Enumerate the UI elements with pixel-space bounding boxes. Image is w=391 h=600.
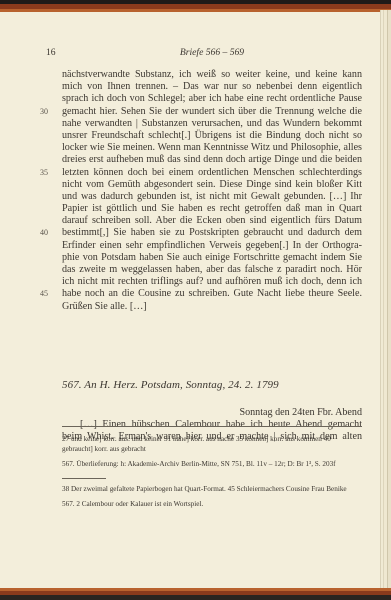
letter-566-text: nächstverwandte Substanz, ich weiß so we… [62, 69, 362, 313]
running-title: Briefe 566 – 569 [62, 47, 362, 59]
text-line: das zweite m weggelassen haben, aber das… [62, 264, 362, 276]
variant-notes: 27 und keine] korr. aus. und keiner 31 n… [62, 435, 362, 454]
commentary-566: 38 Der zweimal gefaltete Papierbogen hat… [62, 485, 362, 495]
text-line: ich nicht mit rechten triflings auf? und… [62, 276, 362, 288]
line-number: 40 [40, 227, 48, 239]
text-line: nahe verwandten | Substanzen verursachen… [62, 118, 362, 130]
text-line: habe noch an die Cousine zu schreiben. G… [62, 288, 362, 300]
critical-apparatus: 27 und keine] korr. aus. und keiner 31 n… [62, 426, 362, 516]
text-line: letzten können doch bei einem ordentlich… [62, 167, 362, 179]
running-head: 16 Briefe 566 – 569 [62, 47, 362, 61]
text-line: Papier ist göttlich und Sie haben es rec… [62, 203, 362, 215]
letter-567-heading: 567. An H. Herz. Potsdam, Sonntag, 24. 2… [62, 379, 362, 391]
text-line: dreies erst aufheben muß das sind denn d… [62, 154, 362, 166]
page-content: 16 Briefe 566 – 569 nächstverwandte Subs… [62, 47, 362, 444]
text-line: und was dadurch gebunden ist, ist nicht … [62, 191, 362, 203]
transmission-note: 567. Überlieferung: h: Akademie-Archiv B… [62, 460, 362, 470]
text-line: Erfinder einen sehr empfindlichen Verwei… [62, 240, 362, 252]
page-number: 16 [46, 47, 56, 59]
footnote-divider [62, 478, 106, 479]
text-line: locker wie Sie meinen. Wenn man Kenntnis… [62, 142, 362, 154]
text-line: nächstverwandte Substanz, ich weiß so we… [62, 69, 362, 81]
text-line: darauf schreiben soll. Aber die Ecken ob… [62, 215, 362, 227]
text-line: Grüßen Sie alle. […] [62, 301, 362, 313]
line-number: 30 [40, 106, 48, 118]
page-stack-edge [380, 10, 391, 590]
letter-567-dateline: Sonntag den 24ten Fbr. Abend [62, 407, 362, 419]
line-number: 35 [40, 167, 48, 179]
text-line: unsrer Freundschaft schlecht[.] Übrigens… [62, 130, 362, 142]
text-line: sprach ich doch von Schlegel; aber ich h… [62, 93, 362, 105]
text-line: phie von Potsdam haben Sie auch einige F… [62, 252, 362, 264]
text-line: gemacht hier. Sehen Sie der wundert sich… [62, 106, 362, 118]
book-top-edge [0, 0, 391, 12]
commentary-567: 567. 2 Calembour oder Kalauer ist ein Wo… [62, 500, 362, 510]
book-bottom-edge [0, 588, 391, 600]
text-line: mich von Ihnen trennen. – Das war nur so… [62, 81, 362, 93]
text-line: bestimmt[,] Sie haben sie zu Postskripte… [62, 227, 362, 239]
text-line: nicht vom Gemüth abgesondert sein. Diese… [62, 179, 362, 191]
line-number: 45 [40, 288, 48, 300]
